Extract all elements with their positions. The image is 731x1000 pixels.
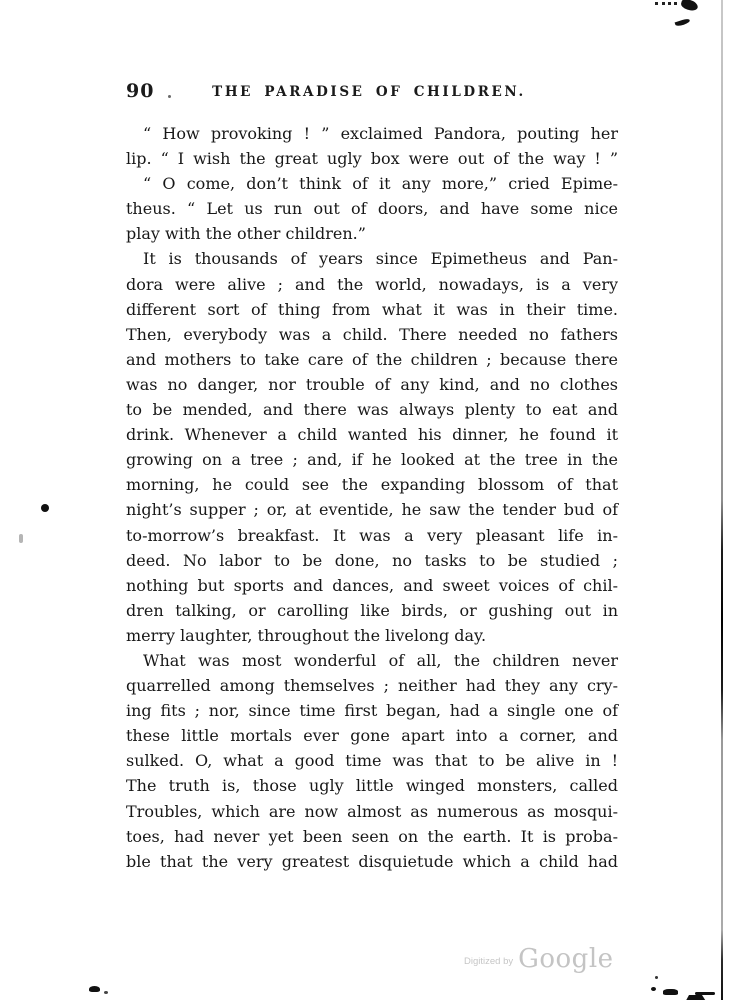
ink-blob bbox=[89, 986, 100, 992]
google-logo: Google bbox=[518, 946, 613, 972]
text-line: “ How provoking ! ” exclaimed Pandora, p… bbox=[126, 121, 618, 146]
watermark-prefix: Digitized by bbox=[464, 956, 513, 972]
text-line: to-morrow’s breakfast. It was a very ple… bbox=[126, 523, 618, 548]
running-title: THE PARADISE OF CHILDREN. bbox=[212, 84, 526, 100]
page-number: 90 bbox=[126, 80, 154, 102]
text-line: was no danger, nor trouble of any kind, … bbox=[126, 372, 618, 397]
ink-dot bbox=[655, 976, 658, 979]
ink-blob bbox=[675, 18, 691, 27]
page-header: 90 THE PARADISE OF CHILDREN. bbox=[0, 80, 731, 104]
text-line: night’s supper ; or, at eventide, he saw… bbox=[126, 497, 618, 522]
text-line: toes, had never yet been seen on the ear… bbox=[126, 824, 618, 849]
text-line: merry laughter, throughout the livelong … bbox=[126, 623, 618, 648]
text-line: to be mended, and there was always plent… bbox=[126, 397, 618, 422]
digitized-by-google-watermark: Digitized by Google bbox=[464, 942, 614, 972]
text-line: “ O come, don’t think of it any more,” c… bbox=[126, 171, 618, 196]
text-line: growing on a tree ; and, if he looked at… bbox=[126, 447, 618, 472]
page-edge-line bbox=[721, 0, 723, 1000]
ink-dot bbox=[104, 991, 108, 994]
ink-blob bbox=[680, 0, 699, 12]
text-line: play with the other children.” bbox=[126, 221, 618, 246]
ink-blob bbox=[695, 992, 715, 995]
ink-blob bbox=[663, 989, 678, 995]
text-lines: “ How provoking ! ” exclaimed Pandora, p… bbox=[126, 121, 618, 874]
scanned-book-page: 90 THE PARADISE OF CHILDREN. “ How provo… bbox=[0, 0, 731, 1000]
text-line: and mothers to take care of the children… bbox=[126, 347, 618, 372]
text-line: dren talking, or carolling like birds, o… bbox=[126, 598, 618, 623]
text-line: theus. “ Let us run out of doors, and ha… bbox=[126, 196, 618, 221]
text-line: lip. “ I wish the great ugly box were ou… bbox=[126, 146, 618, 171]
text-line: quarrelled among themselves ; neither ha… bbox=[126, 673, 618, 698]
text-line: What was most wonderful of all, the chil… bbox=[126, 648, 618, 673]
text-line: morning, he could see the expanding blos… bbox=[126, 472, 618, 497]
text-line: ble that the very greatest disquietude w… bbox=[126, 849, 618, 874]
text-line: It is thousands of years since Epimetheu… bbox=[126, 246, 618, 271]
text-line: different sort of thing from what it was… bbox=[126, 297, 618, 322]
ink-speck bbox=[655, 2, 677, 8]
ink-smudge bbox=[19, 534, 23, 543]
text-line: nothing but sports and dances, and sweet… bbox=[126, 573, 618, 598]
text-line: these little mortals ever gone apart int… bbox=[126, 723, 618, 748]
text-line: Then, everybody was a child. There neede… bbox=[126, 322, 618, 347]
ink-dot bbox=[41, 504, 49, 512]
text-line: sulked. O, what a good time was that to … bbox=[126, 748, 618, 773]
ink-blob bbox=[651, 987, 656, 991]
ink-speck bbox=[168, 95, 171, 98]
text-line: drink. Whenever a child wanted his dinne… bbox=[126, 422, 618, 447]
text-line: Troubles, which are now almost as numero… bbox=[126, 799, 618, 824]
text-line: The truth is, those ugly little winged m… bbox=[126, 773, 618, 798]
text-line: deed. No labor to be done, no tasks to b… bbox=[126, 548, 618, 573]
text-line: ing fits ; nor, since time first began, … bbox=[126, 698, 618, 723]
text-line: dora were alive ; and the world, nowaday… bbox=[126, 272, 618, 297]
